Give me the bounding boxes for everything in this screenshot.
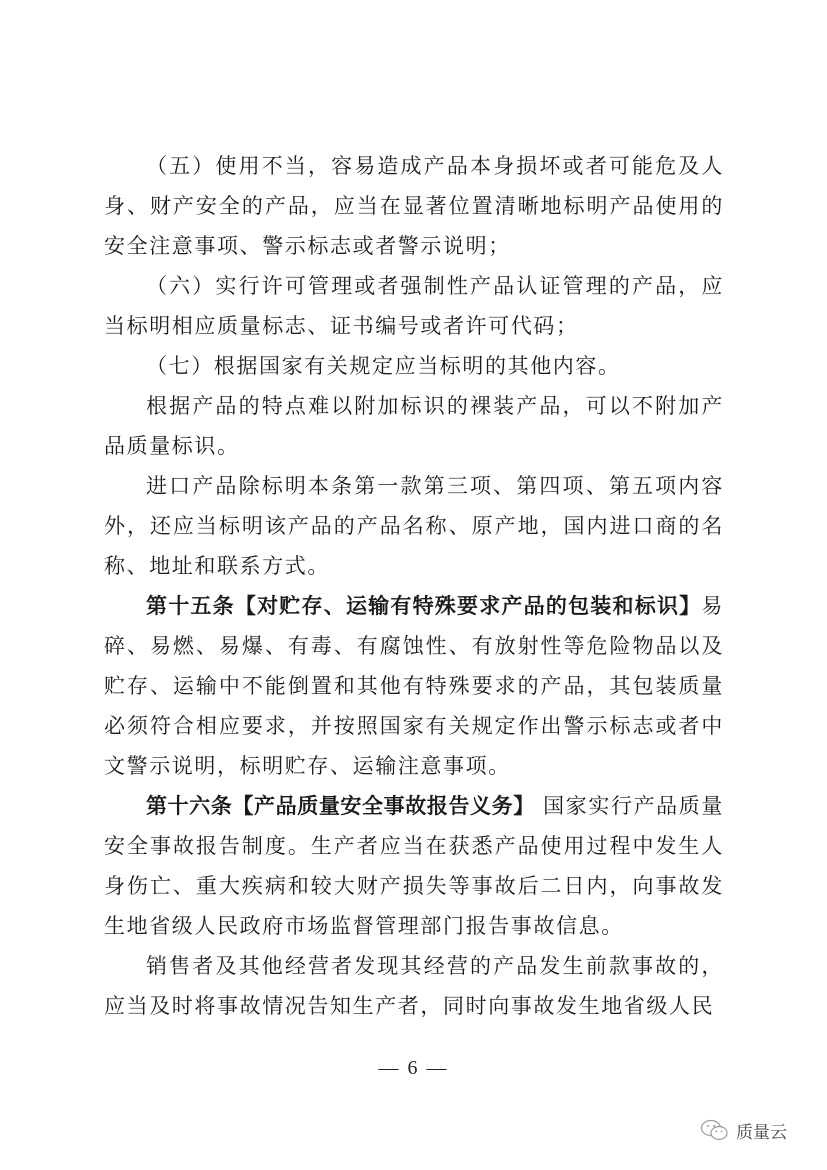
article-15: 第十五条【对贮存、运输有特殊要求产品的包装和标识】易碎、易燃、易爆、有毒、有腐蚀… [104, 586, 724, 786]
article-16: 第十六条【产品质量安全事故报告义务】 国家实行产品质量安全事故报告制度。生产者应… [104, 786, 724, 946]
watermark-label: 质量云 [736, 1118, 787, 1143]
wechat-icon [700, 1119, 730, 1143]
body-paragraph-sellers: 销售者及其他经营者发现其经营的产品发生前款事故的，应当及时将事故情况告知生产者，… [104, 946, 724, 1026]
body-paragraph-imported-products: 进口产品除标明本条第一款第三项、第四项、第五项内容外，还应当标明该产品的产品名称… [104, 466, 724, 586]
article-15-heading: 第十五条【对贮存、运输有特殊要求产品的包装和标识】 [146, 594, 701, 618]
list-item-7: （七）根据国家有关规定应当标明的其他内容。 [104, 346, 724, 386]
watermark: 质量云 [700, 1118, 787, 1143]
list-item-6: （六）实行许可管理或者强制性产品认证管理的产品，应当标明相应质量标志、证书编号或… [104, 266, 724, 346]
page-number: — 6 — [0, 1057, 827, 1080]
document-page: （五）使用不当，容易造成产品本身损坏或者可能危及人身、财产安全的产品，应当在显著… [104, 146, 724, 1026]
body-paragraph-bare-products: 根据产品的特点难以附加标识的裸装产品，可以不附加产品质量标识。 [104, 386, 724, 466]
list-item-5: （五）使用不当，容易造成产品本身损坏或者可能危及人身、财产安全的产品，应当在显著… [104, 146, 724, 266]
article-16-heading: 第十六条【产品质量安全事故报告义务】 [146, 794, 535, 818]
article-15-text: 易碎、易燃、易爆、有毒、有腐蚀性、有放射性等危险物品以及贮存、运输中不能倒置和其… [104, 594, 724, 778]
